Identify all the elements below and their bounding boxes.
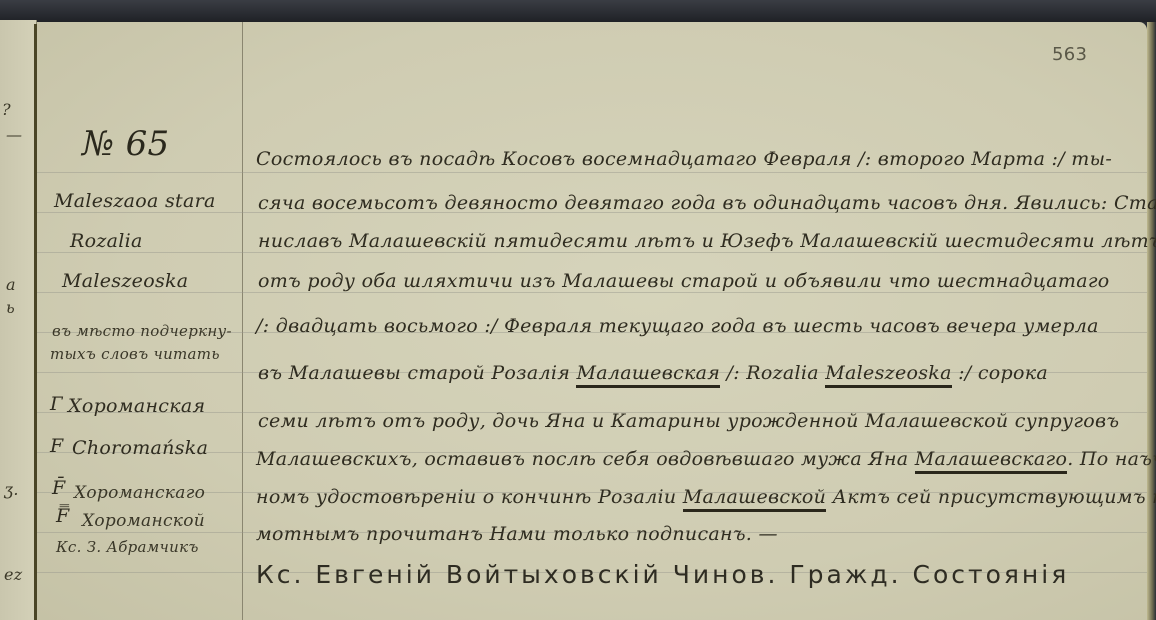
body-line-7: семи лѣтъ отъ роду, дочь Яна и Катарины … [258, 410, 1119, 432]
book-binding [34, 24, 37, 620]
underlined-name-polish: Maleszeoska [825, 362, 951, 388]
left-page-fragment: ʒ. [4, 480, 19, 499]
record-first-name: Rozalia [70, 230, 143, 252]
body-line-10: мотнымъ прочитанъ Нами только подписанъ.… [256, 523, 778, 545]
margin-note-line2: тыхъ словъ читать [50, 345, 220, 363]
correction-mark: F [50, 435, 63, 457]
body-line-5: /: двадцать восьмого :/ Февраля текущаго… [256, 315, 1099, 337]
correction-text: Хороманскаго [74, 483, 205, 503]
body-line-8: Малашевскихъ, оставивъ послѣ себя овдовѣ… [256, 448, 1156, 470]
body-text: Актъ сей присутствующимъ негра- [826, 486, 1156, 508]
record-village: Maleszaoa stara [54, 190, 216, 212]
underlined-name: Малашевской [683, 486, 826, 512]
left-page-fragment: a [6, 275, 16, 294]
record-surname: Maleszeoska [62, 270, 188, 292]
ruled-line [37, 252, 1147, 253]
body-text: :/ сорока [952, 362, 1048, 384]
correction-text: Хороманской [82, 511, 205, 531]
body-line-3: ниславъ Малашевскій пятидесяти лѣтъ и Юз… [258, 230, 1156, 252]
body-text: Малашевскихъ, оставивъ послѣ себя овдовѣ… [256, 448, 915, 470]
correction-text: Choromańska [72, 437, 208, 459]
record-number: № 65 [82, 124, 169, 164]
left-page-fragment: — [6, 125, 22, 144]
left-page-fragment: ? [2, 100, 11, 119]
correction-text: Хороманская [68, 395, 205, 417]
page-number: 563 [1052, 44, 1087, 65]
priest-signature: Кс. Евгеній Войтыховскій Чинов. Гражд. С… [256, 560, 1069, 589]
ruled-line [37, 172, 1147, 173]
body-text: въ Малашевы старой Розалія [258, 362, 576, 384]
body-line-4: отъ роду оба шляхтичи изъ Малашевы старо… [258, 270, 1110, 292]
left-page-fragment: ь [6, 298, 15, 317]
underlined-name: Малашевская [576, 362, 720, 388]
body-line-9: номъ удостовѣреніи о кончинѣ Розаліи Мал… [256, 486, 1156, 508]
margin-divider [242, 22, 243, 620]
scanner-background [0, 0, 1156, 22]
left-page-fragment: ez [4, 565, 23, 584]
correction-mark: F̄ [52, 477, 65, 499]
margin-note-signature: Кс. З. Абрамчикъ [56, 538, 199, 556]
underlined-name: Малашевскаго [915, 448, 1067, 474]
ruled-line [37, 292, 1147, 293]
correction-mark: Г [50, 393, 63, 415]
body-text: . По наъч- [1067, 448, 1156, 470]
body-line-1: Состоялось въ посадѣ Косовъ восемнадцата… [256, 148, 1112, 170]
body-text: /: Rozalia [720, 362, 825, 384]
body-line-2: сяча восемьсотъ девяносто девятаго года … [258, 192, 1156, 214]
margin-note-line1: въ мѣсто подчеркну- [52, 322, 232, 340]
body-text: номъ удостовѣреніи о кончинѣ Розаліи [256, 486, 683, 508]
page-edge [1147, 22, 1156, 620]
correction-mark: F̿ [56, 505, 69, 527]
body-line-6: въ Малашевы старой Розалія Малашевская /… [258, 362, 1048, 384]
